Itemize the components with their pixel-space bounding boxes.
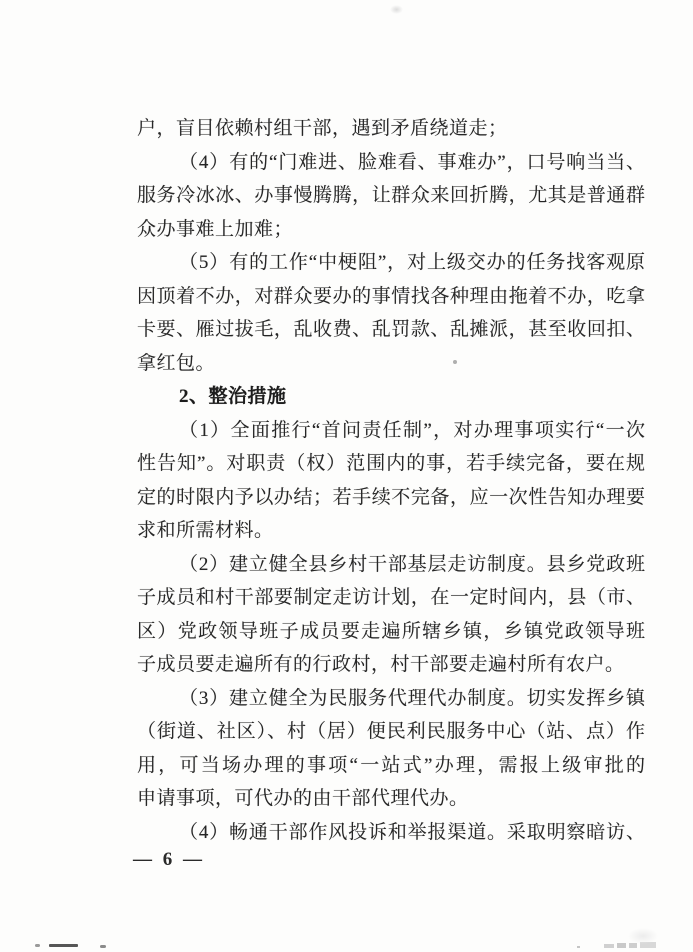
document-line: 卡要、雁过拔毛，乱收费、乱罚款、乱摊派，甚至收回扣、 (137, 313, 645, 347)
document-line: 求和所需材料。 (137, 514, 645, 548)
document-line: 子成员要走遍所有的行政村，村干部要走遍村所有农户。 (137, 648, 645, 682)
document-line: 拿红包。 (137, 347, 645, 381)
text-block: 户，盲目依赖村组干部，遇到矛盾绕道走；（4）有的“门难进、脸难看、事难办”，口号… (137, 112, 645, 849)
scan-speck-bottom-right-4 (629, 943, 637, 948)
scan-speck-bottom-right-1 (577, 946, 580, 948)
document-line: 子成员和村干部要制定走访计划，在一定时间内，县（市、 (137, 581, 645, 615)
scan-speck-bottom-right-5 (640, 942, 656, 948)
scan-dash-bottom-left (49, 944, 78, 947)
document-line: 性告知”。对职责（权）范围内的事，若手续完备，要在规 (137, 447, 645, 481)
document-line: 申请事项，可代办的由干部代理代办。 (137, 782, 645, 816)
document-line: 因顶着不办，对群众要办的事情找各种理由拖着不办，吃拿 (137, 280, 645, 314)
document-line: 户，盲目依赖村组干部，遇到矛盾绕道走； (137, 112, 645, 146)
document-line: 众办事难上加难； (137, 213, 645, 247)
document-line: （5）有的工作“中梗阻”，对上级交办的任务找客观原 (137, 246, 645, 280)
document-line: （4）畅通干部作风投诉和举报渠道。采取明察暗访、 (137, 816, 645, 850)
document-line: （4）有的“门难进、脸难看、事难办”，口号响当当、 (137, 146, 645, 180)
document-line: （2）建立健全县乡村干部基层走访制度。县乡党政班 (137, 548, 645, 582)
scan-speck-bottom-left-2 (100, 945, 106, 948)
document-line: 定的时限内予以办结；若手续不完备，应一次性告知办理要 (137, 481, 645, 515)
scan-speck-bottom-left-1 (35, 944, 40, 947)
document-line: 区）党政领导班子成员要走遍所辖乡镇，乡镇党政领导班 (137, 615, 645, 649)
document-line: 用，可当场办理的事项“一站式”办理，需报上级审批的 (137, 749, 645, 783)
scanned-document-page: 户，盲目依赖村组干部，遇到矛盾绕道走；（4）有的“门难进、脸难看、事难办”，口号… (0, 0, 693, 952)
scan-speck-bottom-right-2 (604, 944, 614, 948)
document-line: （街道、社区）、村（居）便民利民服务中心（站、点）作 (137, 715, 645, 749)
section-heading: 2、整治措施 (137, 380, 645, 414)
document-line: （3）建立健全为民服务代理代办制度。切实发挥乡镇 (137, 682, 645, 716)
scan-blob-bottom-right (628, 928, 658, 944)
page-number: — 6 — (133, 843, 205, 876)
document-line: （1）全面推行“首问责任制”，对办理事项实行“一次 (137, 414, 645, 448)
document-line: 服务冷冰冰、办事慢腾腾，让群众来回折腾，尤其是普通群 (137, 179, 645, 213)
scan-speck-bottom-right-3 (617, 943, 626, 948)
scan-smudge-top (390, 5, 403, 14)
